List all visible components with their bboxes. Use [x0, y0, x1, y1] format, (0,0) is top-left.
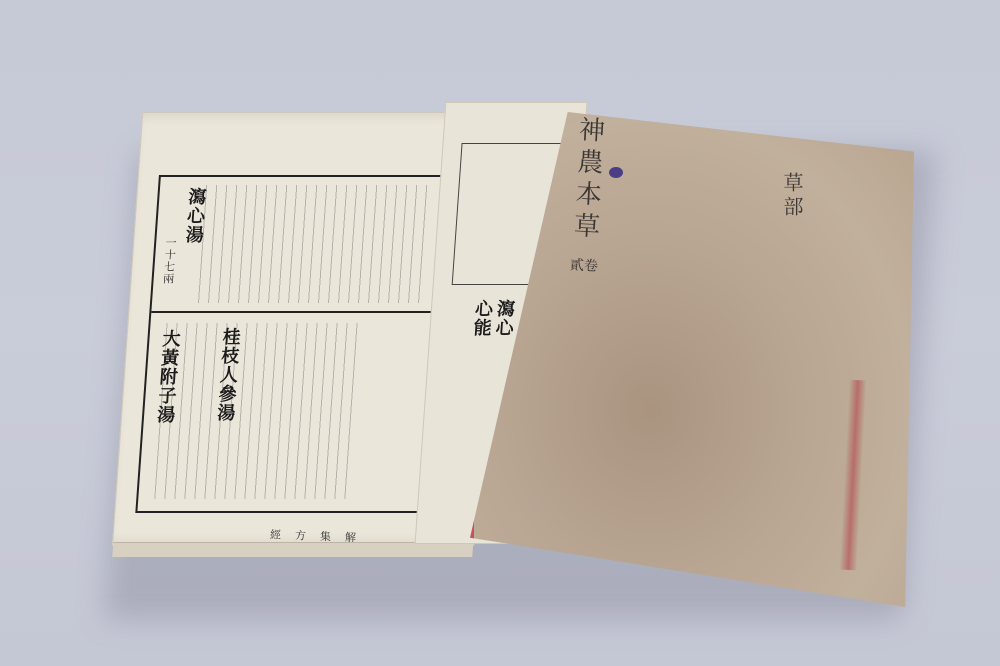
ink-spot [609, 167, 623, 178]
cover-volume-label: 貳卷 [569, 254, 598, 275]
printed-text-block-upper [192, 185, 430, 303]
page-divider [151, 311, 469, 313]
right-col-0: 瀉心 [492, 299, 515, 337]
caption-0: 一十七兩 [161, 237, 177, 285]
photo-scene: 厚朴麻黃湯 大黃附子湯 桂枝人參湯 瀉心湯 一十七兩 瀉心 心能 神農本草 貳卷… [0, 0, 1000, 666]
right-col-1: 心能 [470, 299, 493, 337]
page-stack-edge [112, 542, 473, 557]
heading-0: 瀉心湯 [182, 187, 206, 244]
printed-text-block-lower [148, 323, 360, 499]
cover-section-label: 草部 [778, 172, 807, 220]
